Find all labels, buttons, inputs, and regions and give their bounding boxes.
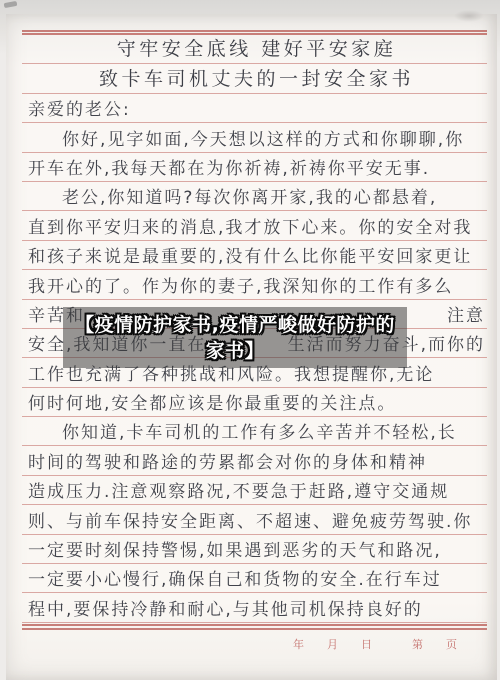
letter-line: 造成压力.注意观察路况,不要急于赶路,遵守交通规: [22, 476, 487, 505]
letter-line: 我开心的了。作为你的妻子,我深知你的工作有多么: [22, 270, 487, 299]
handwritten-letter-photo: 守牢安全底线 建好平安家庭 致卡车司机丈夫的一封安全家书 亲爱的老公: 你好,见…: [0, 0, 500, 680]
letter-line-text: 守牢安全底线 建好平安家庭: [117, 34, 397, 61]
letter-line-text: 时间的驾驶和路途的劳累都会对你的身体和精神: [28, 448, 427, 473]
photo-smudge: [454, 10, 484, 22]
caption-line-1: 【疫情防护家书,疫情严峻做好防护的: [75, 312, 395, 338]
letter-line-text-right: 注意: [447, 301, 485, 326]
letter-line: 老公,你知道吗?每次你离开家,我的心都悬着,: [22, 182, 487, 211]
letter-line: 你知道,卡车司机的工作有多么辛苦并不轻松,长: [22, 417, 487, 446]
letter-line-text: 造成压力.注意观察路况,不要急于赶路,遵守交通规: [28, 477, 449, 502]
letter-line-text: 你知道,卡车司机的工作有多么辛苦并不轻松,长: [62, 418, 457, 443]
letter-line-text: 我开心的了。作为你的妻子,我深知你的工作有多么: [28, 272, 453, 297]
letter-line: 何时何地,安全都应该是你最重要的关注点。: [22, 388, 487, 417]
letter-line: 则、与前车保持安全距离、不超速、避免疲劳驾驶.你: [22, 505, 487, 534]
photo-smudge: [4, 1, 18, 8]
letter-line: 守牢安全底线 建好平安家庭: [22, 35, 487, 64]
letter-line-text: 程中,要保持冷静和耐心,与其他司机保持良好的: [28, 595, 423, 620]
letter-line-text: 一定要时刻保持警惕,如果遇到恶劣的天气和路况,: [28, 536, 442, 561]
letter-line: 你好,见字如面,今天想以这样的方式和你聊聊,你: [22, 123, 487, 152]
letter-line: 亲爱的老公:: [22, 94, 487, 123]
letter-line-text: 亲爱的老公:: [28, 95, 131, 120]
bottom-double-rule: [22, 624, 487, 630]
letter-line-text: 老公,你知道吗?每次你离开家,我的心都悬着,: [62, 183, 437, 208]
letter-line: 直到你平安归来的消息,我才放下心来。你的安全对我: [22, 211, 487, 240]
page-footer: 年 月 日 第 页: [22, 636, 487, 652]
letter-line-text: 致卡车司机丈夫的一封安全家书: [99, 64, 414, 91]
letter-line-text: 开车在外,我每天都在为你祈祷,祈祷你平安无事.: [28, 154, 430, 179]
letter-line: 一定要小心慢行,确保自己和货物的安全.在行车过: [22, 564, 487, 593]
letter-line: 时间的驾驶和路途的劳累都会对你的身体和精神: [22, 446, 487, 475]
letter-line-text: 和孩子来说是最重要的,没有什么比你能平安回家更让: [28, 242, 472, 267]
letter-line-text: 一定要小心慢行,确保自己和货物的安全.在行车过: [28, 565, 442, 590]
letter-line-text: 你好,见字如面,今天想以这样的方式和你聊聊,你: [62, 125, 464, 150]
letter-line-text: 何时何地,安全都应该是你最重要的关注点。: [28, 389, 396, 414]
caption-line-2: 家书】: [206, 338, 265, 364]
letter-line: 和孩子来说是最重要的,没有什么比你能平安回家更让: [22, 241, 487, 270]
letter-line-text: 则、与前车保持安全距离、不超速、避免疲劳驾驶.你: [28, 507, 472, 532]
letter-line: 致卡车司机丈夫的一封安全家书: [22, 64, 487, 93]
letter-line: 程中,要保持冷静和耐心,与其他司机保持良好的: [22, 593, 487, 622]
letter-line-text: 直到你平安归来的消息,我才放下心来。你的安全对我: [28, 213, 472, 238]
letter-line: 开车在外,我每天都在为你祈祷,祈祷你平安无事.: [22, 153, 487, 182]
caption-overlay: 【疫情防护家书,疫情严峻做好防护的 家书】: [63, 307, 407, 368]
letter-line: 一定要时刻保持警惕,如果遇到恶劣的天气和路况,: [22, 535, 487, 564]
